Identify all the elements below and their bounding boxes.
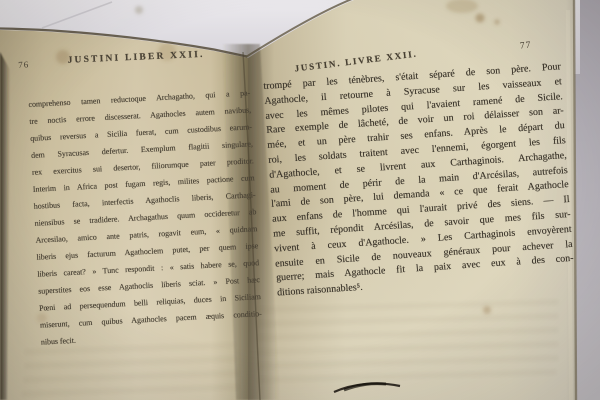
right-page-number: 77 (520, 40, 532, 51)
left-page-text: comprehenso tamen reductoque Archagatho,… (28, 84, 263, 350)
right-page-text: trompé par les ténèbres, s'était séparé … (263, 60, 575, 301)
book-photo: 76 JUSTINI LIBER XXII. comprehenso tamen… (0, 0, 600, 400)
left-page-number: 76 (18, 59, 29, 69)
